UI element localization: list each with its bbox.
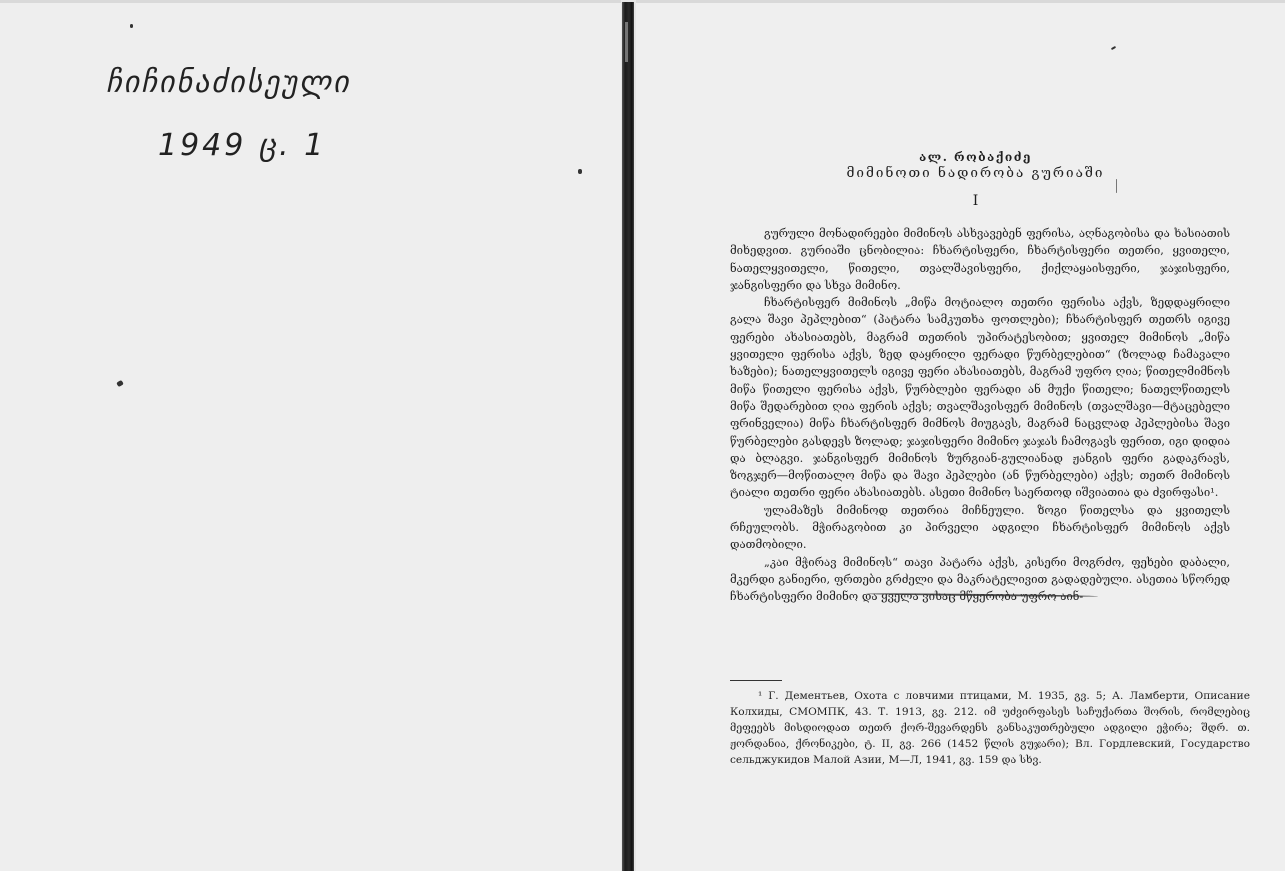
ink-speck bbox=[1116, 179, 1117, 193]
ink-speck bbox=[1111, 46, 1116, 50]
handwritten-title: ჩიჩინაძისეული bbox=[106, 65, 351, 100]
ink-speck bbox=[578, 169, 582, 174]
section-numeral: I bbox=[636, 193, 1285, 209]
ink-speck bbox=[130, 24, 133, 28]
footnote-separator bbox=[730, 680, 782, 681]
article-author: ალ. რობაქიძე bbox=[636, 150, 1285, 164]
handwritten-reference: 1949 ც. 1 bbox=[158, 128, 326, 163]
book-spine-shadow bbox=[622, 2, 634, 871]
right-page: ალ. რობაქიძე მიმინოთი ნადირობა გურიაში I… bbox=[636, 3, 1285, 871]
paragraph: ჩხარტისფერ მიმინოს „მიწა მოტიალო თეთრი ფ… bbox=[730, 294, 1230, 502]
paragraph: „კაი მჭირავ მიმინოს“ თავი პატარა აქვს, კ… bbox=[730, 554, 1230, 606]
article-body: გურული მონადირეები მიმინოს ასხვავებენ ფე… bbox=[730, 225, 1230, 606]
footnote-1: ¹ Г. Дементьев, Охота с ловчими птицами,… bbox=[730, 688, 1250, 768]
ink-speck bbox=[116, 380, 124, 387]
paragraph: გურული მონადირეები მიმინოს ასხვავებენ ფე… bbox=[730, 225, 1230, 294]
footnotes: ¹ Г. Дементьев, Охота с ловчими птицами,… bbox=[730, 688, 1250, 768]
left-page: ჩიჩინაძისეული 1949 ც. 1 bbox=[0, 3, 621, 871]
article-title: მიმინოთი ნადირობა გურიაში bbox=[636, 165, 1285, 181]
paragraph: ულამაზეს მიმინოდ თეთრია მიჩნეული. ზოგი წ… bbox=[730, 502, 1230, 554]
